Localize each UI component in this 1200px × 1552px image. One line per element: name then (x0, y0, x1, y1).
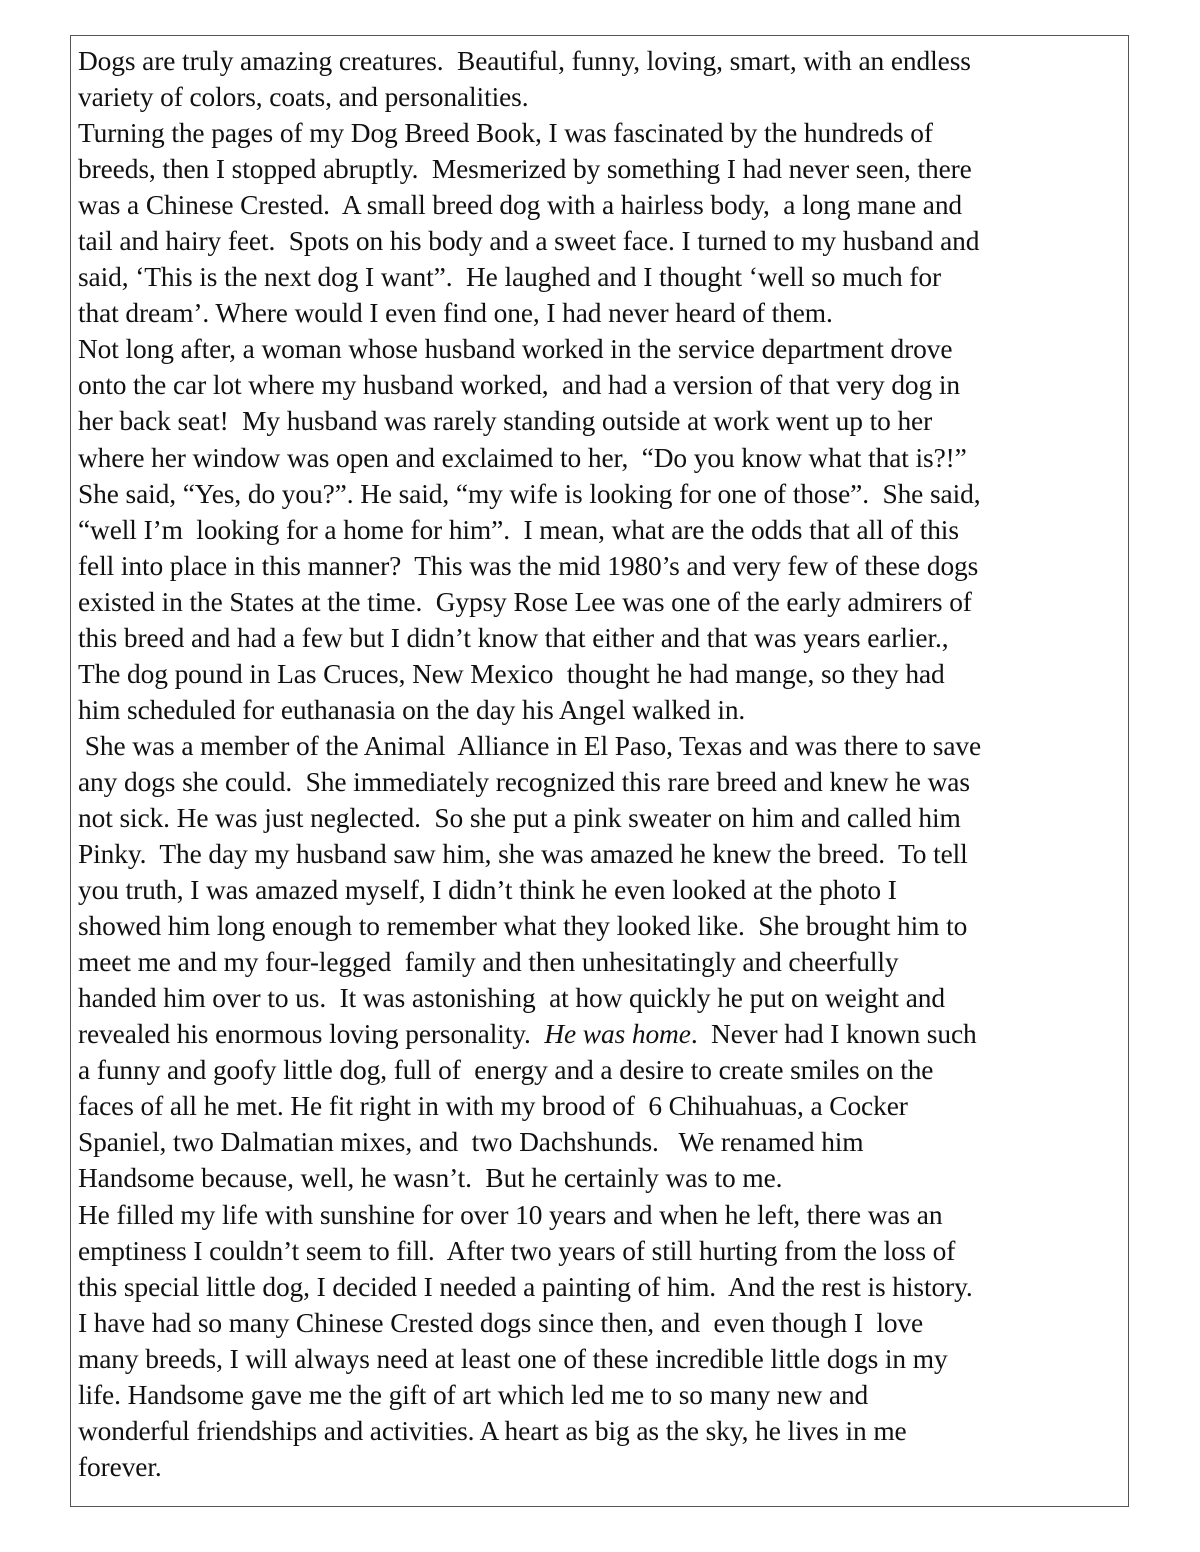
story-text-body: Dogs are truly amazing creatures. Beauti… (78, 43, 1128, 1485)
text-line: I have had so many Chinese Crested dogs … (78, 1305, 1128, 1341)
text-line: any dogs she could. She immediately reco… (78, 764, 1128, 800)
text-segment: revealed his enormous loving personality… (78, 1019, 544, 1049)
text-line: her back seat! My husband was rarely sta… (78, 403, 1128, 439)
text-line: variety of colors, coats, and personalit… (78, 79, 1128, 115)
text-line: tail and hairy feet. Spots on his body a… (78, 223, 1128, 259)
text-line: this special little dog, I decided I nee… (78, 1269, 1128, 1305)
text-line: “well I’m looking for a home for him”. I… (78, 512, 1128, 548)
page-border-frame: Dogs are truly amazing creatures. Beauti… (70, 35, 1129, 1507)
italic-emphasis: He was home (544, 1019, 691, 1049)
text-line: was a Chinese Crested. A small breed dog… (78, 187, 1128, 223)
text-line: life. Handsome gave me the gift of art w… (78, 1377, 1128, 1413)
text-segment: . Never had I known such (691, 1019, 977, 1049)
text-line: She was a member of the Animal Alliance … (78, 728, 1128, 764)
text-line: The dog pound in Las Cruces, New Mexico … (78, 656, 1128, 692)
text-line: Spaniel, two Dalmatian mixes, and two Da… (78, 1124, 1128, 1160)
text-line: this breed and had a few but I didn’t kn… (78, 620, 1128, 656)
text-line: onto the car lot where my husband worked… (78, 367, 1128, 403)
text-line: that dream’. Where would I even find one… (78, 295, 1128, 331)
text-line: Not long after, a woman whose husband wo… (78, 331, 1128, 367)
text-line-with-italic: revealed his enormous loving personality… (78, 1016, 1128, 1052)
text-line: showed him long enough to remember what … (78, 908, 1128, 944)
text-line: wonderful friendships and activities. A … (78, 1413, 1128, 1449)
text-line: He filled my life with sunshine for over… (78, 1197, 1128, 1233)
text-line: Dogs are truly amazing creatures. Beauti… (78, 43, 1128, 79)
text-line: breeds, then I stopped abruptly. Mesmeri… (78, 151, 1128, 187)
text-line: not sick. He was just neglected. So she … (78, 800, 1128, 836)
text-line: you truth, I was amazed myself, I didn’t… (78, 872, 1128, 908)
text-line: handed him over to us. It was astonishin… (78, 980, 1128, 1016)
text-line: existed in the States at the time. Gypsy… (78, 584, 1128, 620)
text-line: emptiness I couldn’t seem to fill. After… (78, 1233, 1128, 1269)
text-line: him scheduled for euthanasia on the day … (78, 692, 1128, 728)
text-line: a funny and goofy little dog, full of en… (78, 1052, 1128, 1088)
text-line: meet me and my four-legged family and th… (78, 944, 1128, 980)
text-line: Pinky. The day my husband saw him, she w… (78, 836, 1128, 872)
text-line: many breeds, I will always need at least… (78, 1341, 1128, 1377)
text-line: where her window was open and exclaimed … (78, 440, 1128, 476)
text-line: said, ‘This is the next dog I want”. He … (78, 259, 1128, 295)
text-line: She said, “Yes, do you?”. He said, “my w… (78, 476, 1128, 512)
text-line: Turning the pages of my Dog Breed Book, … (78, 115, 1128, 151)
text-line: faces of all he met. He fit right in wit… (78, 1088, 1128, 1124)
text-line: Handsome because, well, he wasn’t. But h… (78, 1160, 1128, 1196)
text-line: forever. (78, 1449, 1128, 1485)
text-line: fell into place in this manner? This was… (78, 548, 1128, 584)
